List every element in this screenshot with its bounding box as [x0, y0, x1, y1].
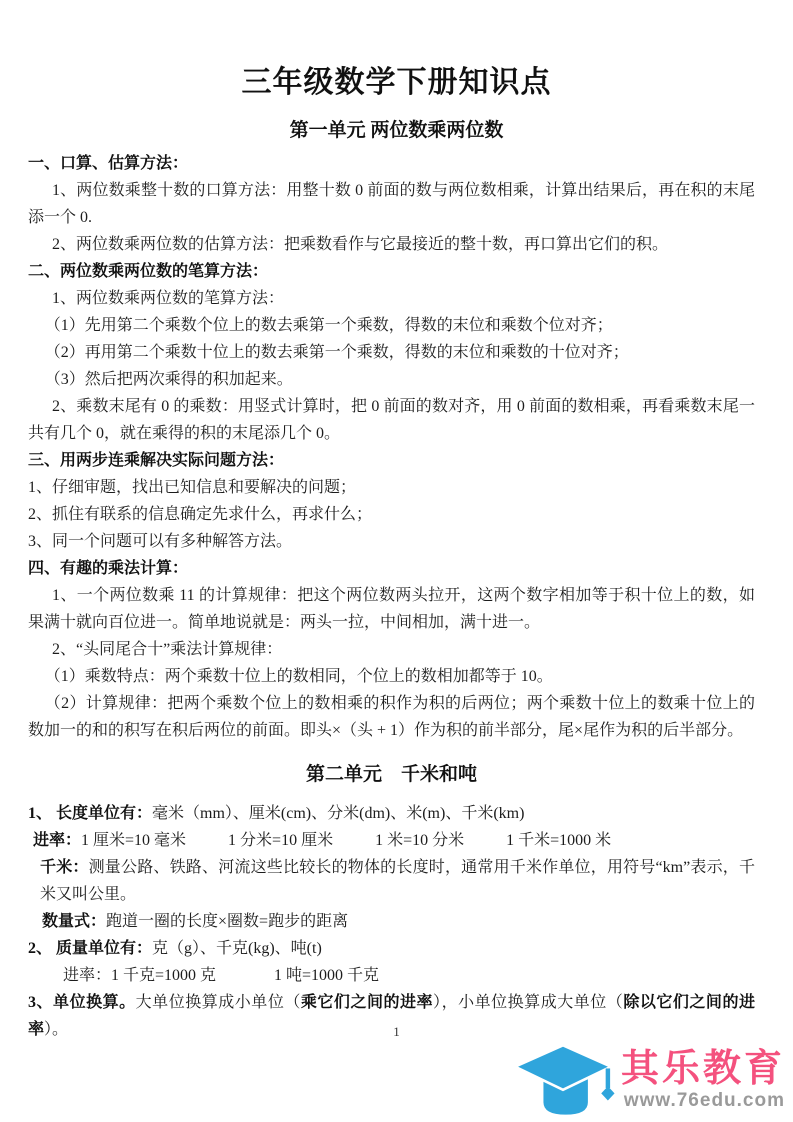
mass-units-text: 克（g）、千克(kg)、吨(t) [152, 940, 322, 957]
length-rate-line: 进率：1 厘米=10 毫米1 分米=10 厘米1 米=10 分米1 千米=100… [28, 827, 755, 854]
unit2-heading: 第二单元 千米和吨 [28, 762, 755, 788]
section-4-para-4: （2）计算规律：把两个乘数个位上的数相乘的积作为积的后两位；两个乘数十位上的数乘… [28, 690, 755, 744]
section-1-heading: 一、口算、估算方法： [28, 150, 755, 177]
unit-convert-label: 3、单位换算。 [28, 994, 136, 1011]
section-4-para-3: （1）乘数特点：两个乘数十位上的数相同，个位上的数相加都等于 10。 [28, 663, 755, 690]
logo-text-block: 其乐教育 www.76edu.com [621, 1048, 785, 1112]
length-rate-item: 1 千米=1000 米 [506, 832, 611, 849]
document-body: 一、口算、估算方法： 1、两位数乘整十数的口算方法：用整十数 0 前面的数与两位… [0, 144, 793, 1043]
section-1-para-2: 2、两位数乘两位数的估算方法：把乘数看作与它最接近的整十数，再口算出它们的积。 [28, 231, 755, 258]
length-units-line: 1、 长度单位有：毫米（mm）、厘米(cm)、分米(dm)、米(m)、千米(km… [28, 800, 755, 827]
section-4-heading: 四、有趣的乘法计算： [28, 555, 755, 582]
formula-line: 数量式：跑道一圈的长度×圈数=跑步的距离 [28, 908, 755, 935]
section-2-heading: 二、两位数乘两位数的笔算方法： [28, 258, 755, 285]
section-2-para-4: （3）然后把两次乘得的积加起来。 [28, 366, 755, 393]
graduation-cap-icon [509, 1040, 617, 1120]
logo-url: www.76edu.com [624, 1090, 785, 1112]
length-rate-item: 1 米=10 分米 [375, 832, 464, 849]
section-2-para-3: （2）再用第二个乘数十位上的数去乘第一个乘数，得数的末位和乘数的十位对齐； [28, 339, 755, 366]
section-2-para-2: （1）先用第二个乘数个位上的数去乘第一个乘数，得数的末位和乘数个位对齐； [28, 312, 755, 339]
unit-convert-text: ），小单位换算成大单位（ [433, 994, 623, 1011]
unit-convert-bold: 乘它们之间的进率 [301, 994, 433, 1011]
formula-label: 数量式： [42, 913, 106, 930]
unit1-heading: 第一单元 两位数乘两位数 [0, 118, 793, 144]
doc-title: 三年级数学下册知识点 [0, 0, 793, 102]
length-units-label: 1、 长度单位有： [28, 805, 152, 822]
length-rate-label: 进率： [33, 832, 81, 849]
section-4-para-1: 1、一个两位数乘 11 的计算规律：把这个两位数两头拉开，这两个数字相加等于积十… [28, 582, 755, 636]
mass-units-line: 2、 质量单位有：克（g）、千克(kg)、吨(t) [28, 935, 755, 962]
section-4-para-2: 2、“头同尾合十”乘法计算规律： [28, 636, 755, 663]
section-3-heading: 三、用两步连乘解决实际问题方法： [28, 447, 755, 474]
length-units-text: 毫米（mm）、厘米(cm)、分米(dm)、米(m)、千米(km) [152, 805, 524, 822]
section-2-para-5: 2、乘数末尾有 0 的乘数：用竖式计算时，把 0 前面的数对齐，用 0 前面的数… [28, 393, 755, 447]
section-1-para-1: 1、两位数乘整十数的口算方法：用整十数 0 前面的数与两位数相乘，计算出结果后，… [28, 177, 755, 231]
section-3-para-1: 1、仔细审题，找出已知信息和要解决的问题； [28, 474, 755, 501]
mass-rate-item: 1 吨=1000 千克 [274, 967, 379, 984]
document-page: 三年级数学下册知识点 第一单元 两位数乘两位数 一、口算、估算方法： 1、两位数… [0, 0, 793, 1122]
mass-rate-item: 进率：1 千克=1000 克 [63, 967, 216, 984]
length-rate-item: 1 分米=10 厘米 [228, 832, 333, 849]
kilometer-line: 千米：测量公路、铁路、河流这些比较长的物体的长度时，通常用千米作单位，用符号“k… [28, 854, 755, 908]
mass-rate-line: 进率：1 千克=1000 克1 吨=1000 千克 [28, 962, 755, 989]
length-rate-item: 1 厘米=10 毫米 [81, 832, 186, 849]
kilometer-label: 千米： [40, 859, 89, 876]
mass-units-label: 2、 质量单位有： [28, 940, 152, 957]
formula-text: 跑道一圈的长度×圈数=跑步的距离 [106, 913, 348, 930]
section-3-para-2: 2、抓住有联系的信息确定先求什么，再求什么； [28, 501, 755, 528]
unit-convert-text: 大单位换算成小单位（ [136, 994, 301, 1011]
footer-page-number: 1 [0, 1024, 793, 1040]
site-logo: 其乐教育 www.76edu.com [509, 1040, 785, 1120]
section-3-para-3: 3、同一个问题可以有多种解答方法。 [28, 528, 755, 555]
kilometer-text: 测量公路、铁路、河流这些比较长的物体的长度时，通常用千米作单位，用符号“km”表… [40, 859, 755, 903]
logo-name: 其乐教育 [621, 1048, 785, 1090]
section-2-para-1: 1、两位数乘两位数的笔算方法： [28, 285, 755, 312]
